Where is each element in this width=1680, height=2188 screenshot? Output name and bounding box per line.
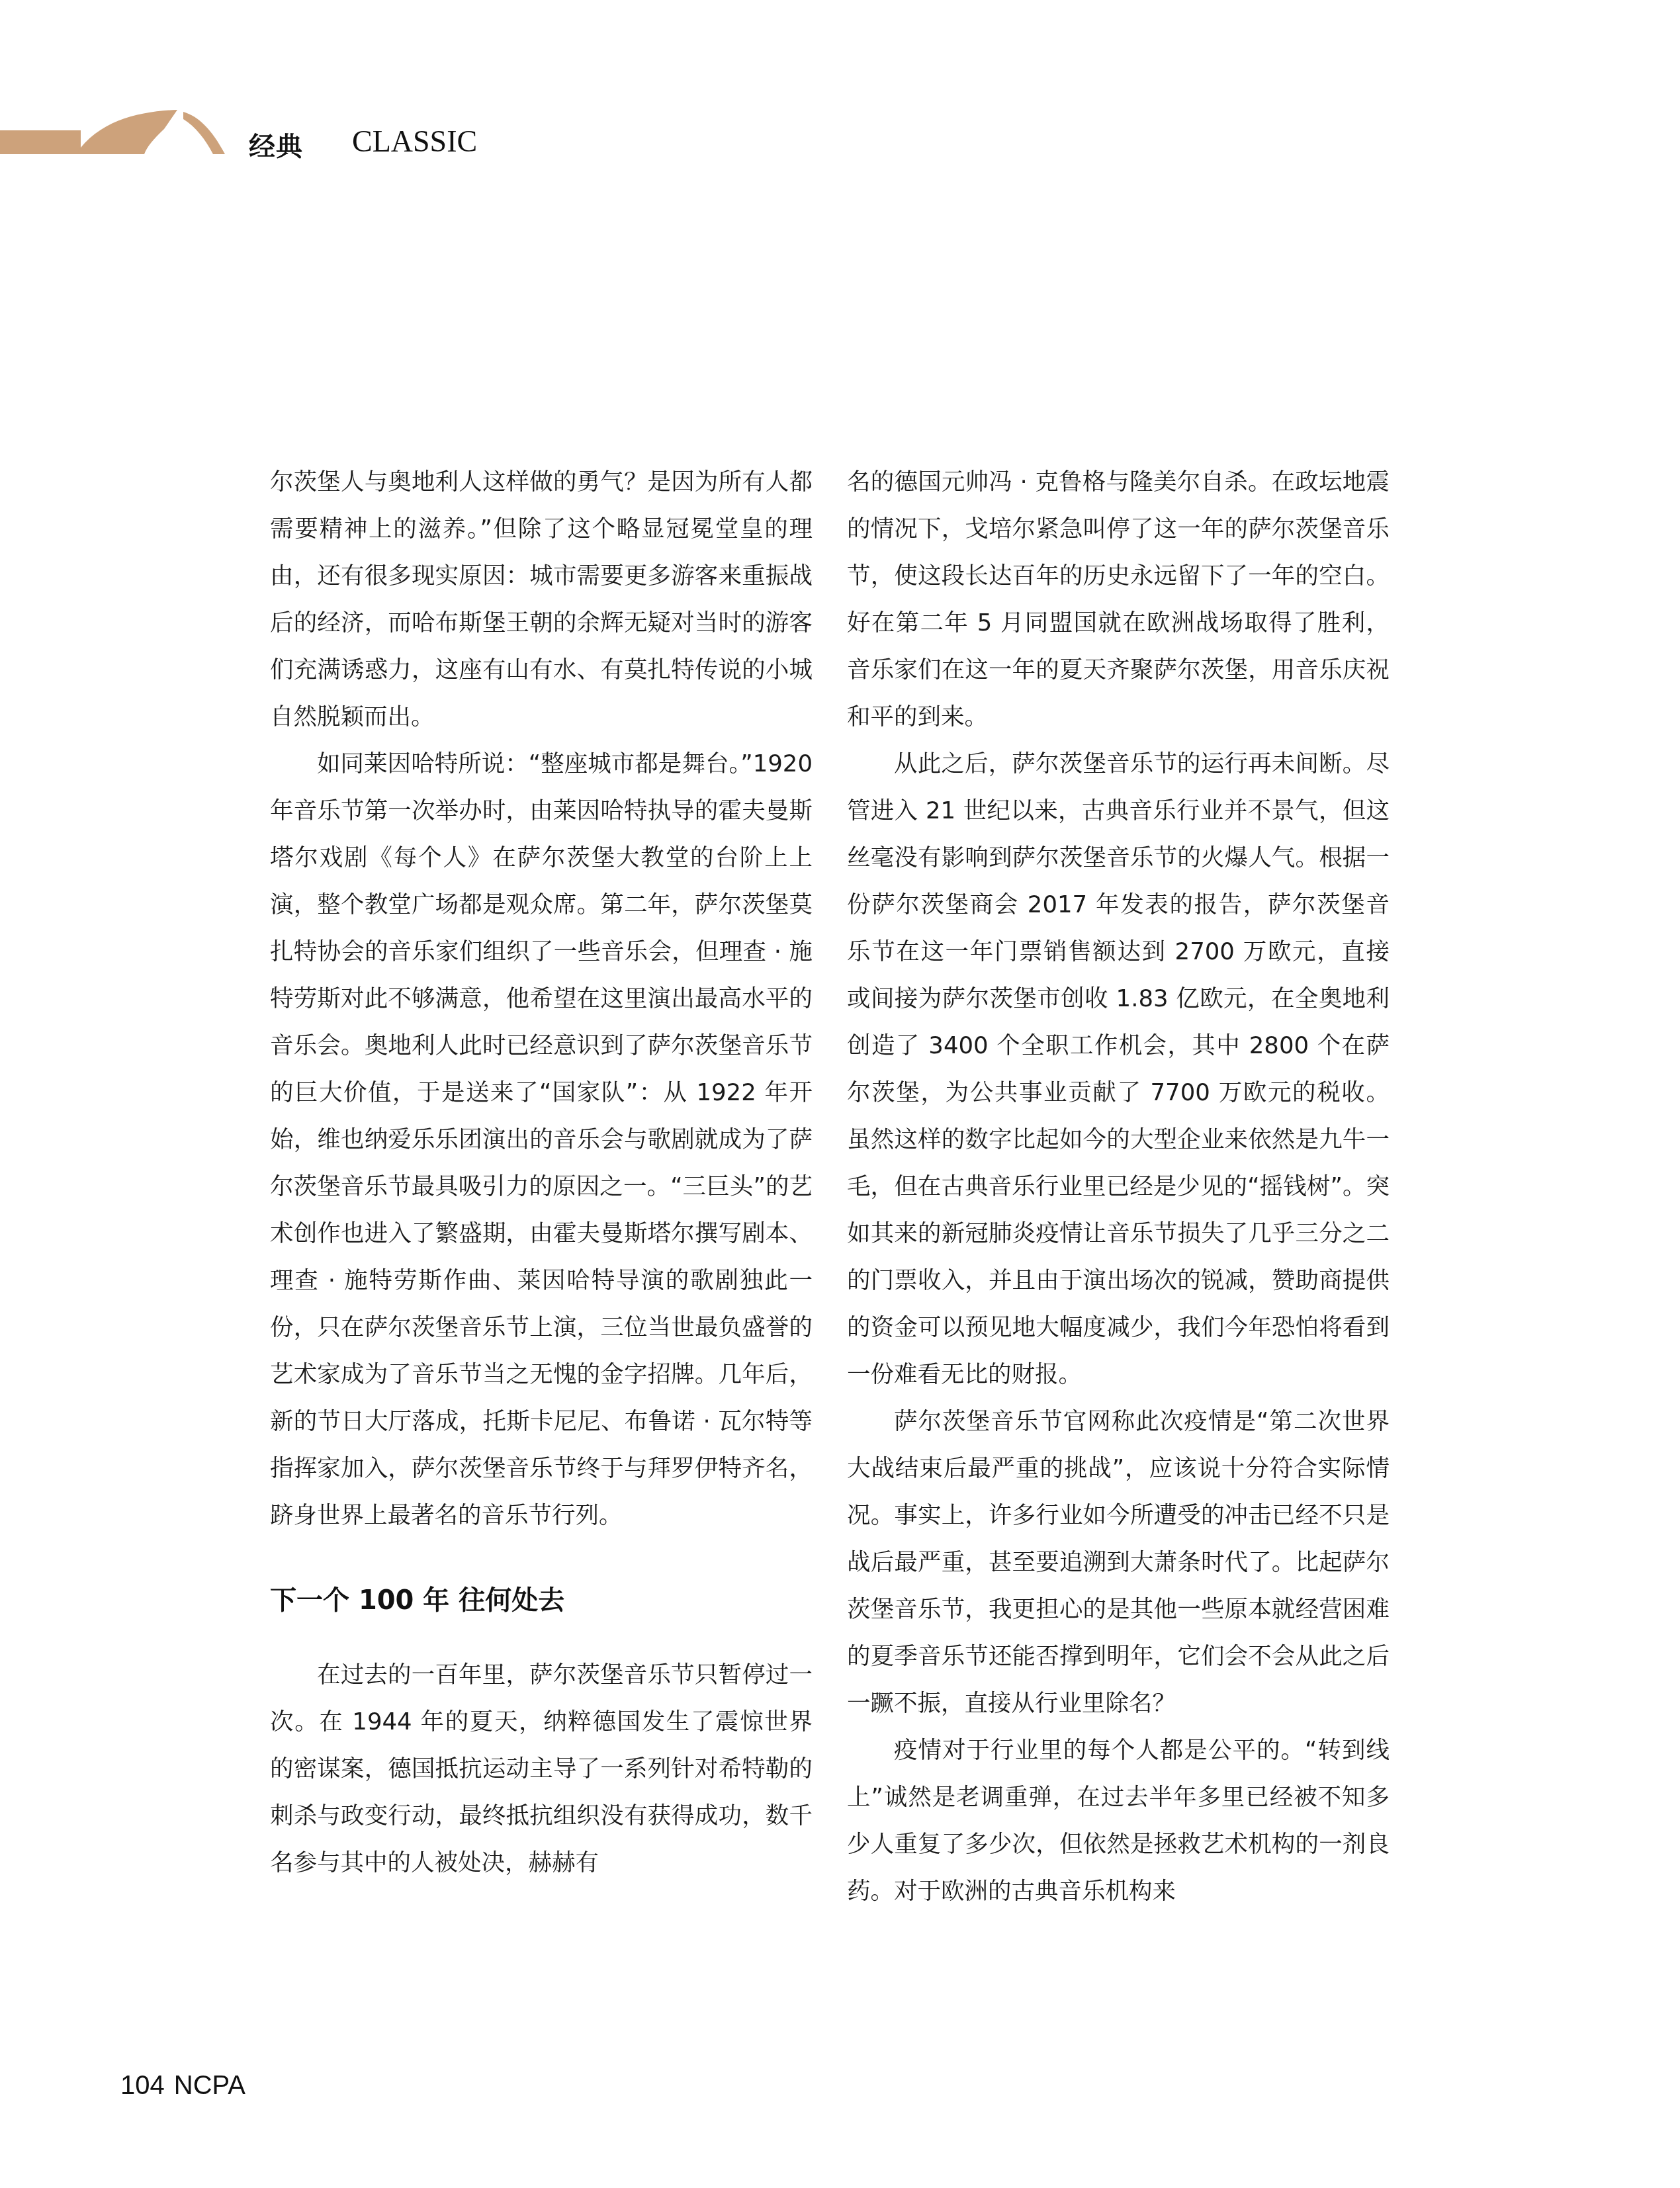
body-paragraph: 疫情对于行业里的每个人都是公平的。“转到线上”诚然是老调重弹，在过去半年多里已经…	[847, 1727, 1390, 1915]
body-paragraph: 萨尔茨堡音乐节官网称此次疫情是“第二次世界大战结束后最严重的挑战”，应该说十分符…	[847, 1398, 1390, 1727]
section-title-cn: 经典	[249, 126, 303, 163]
page-number: 104	[120, 2071, 165, 2100]
body-paragraph: 名的德国元帅冯 · 克鲁格与隆美尔自杀。在政坛地震的情况下，戈培尔紧急叫停了这一…	[847, 459, 1390, 740]
body-paragraph: 从此之后，萨尔茨堡音乐节的运行再未间断。尽管进入 21 世纪以来，古典音乐行业并…	[847, 740, 1390, 1398]
page-footer: 104NCPA	[120, 2071, 245, 2101]
publication-name: NCPA	[174, 2071, 245, 2100]
section-header: 经典 CLASSIC	[0, 99, 529, 179]
banner-arc-left	[76, 110, 177, 154]
article-column-right: 名的德国元帅冯 · 克鲁格与隆美尔自杀。在政坛地震的情况下，戈培尔紧急叫停了这一…	[847, 459, 1390, 1915]
body-paragraph: 在过去的一百年里，萨尔茨堡音乐节只暂停过一次。在 1944 年的夏天，纳粹德国发…	[270, 1651, 813, 1886]
section-subheading: 下一个 100 年 往何处去	[270, 1584, 813, 1617]
body-paragraph: 如同莱因哈特所说：“整座城市都是舞台。”1920 年音乐节第一次举办时，由莱因哈…	[270, 740, 813, 1539]
banner-bar	[0, 130, 81, 154]
section-title-en: CLASSIC	[352, 124, 477, 159]
article-column-left: 尔茨堡人与奥地利人这样做的勇气？是因为所有人都需要精神上的滋养。”但除了这个略显…	[270, 459, 813, 1886]
banner-arc-right	[183, 112, 225, 154]
body-paragraph: 尔茨堡人与奥地利人这样做的勇气？是因为所有人都需要精神上的滋养。”但除了这个略显…	[270, 459, 813, 740]
